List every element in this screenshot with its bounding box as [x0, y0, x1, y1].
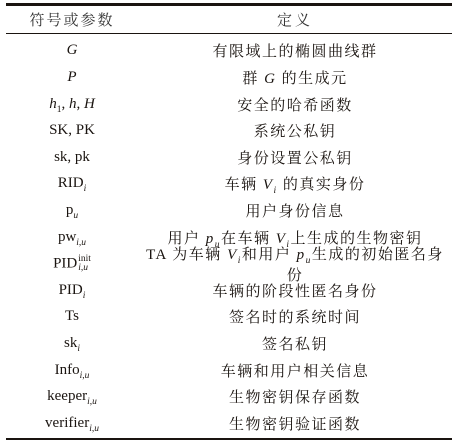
bottom-rule	[6, 438, 452, 441]
table-row: Infoi,u车辆和用户相关信息	[6, 357, 452, 384]
symbol-cell: PIDi	[6, 282, 138, 299]
definition-cell: 安全的哈希函数	[138, 94, 452, 115]
table-row: keeperi,u生物密钥保存函数	[6, 383, 452, 410]
table-row: RIDi车辆 Vi 的真实身份	[6, 171, 452, 198]
symbol-definition-table: 符号或参数 定义 G有限域上的椭圆曲线群P群 G 的生成元h1, h, H安全的…	[6, 3, 452, 440]
table-header-row: 符号或参数 定义	[6, 6, 452, 33]
table-row: P群 G 的生成元	[6, 64, 452, 91]
symbol-cell: PIDiniti,u	[6, 255, 138, 273]
symbol-cell: Infoi,u	[6, 362, 138, 379]
definition-cell: 有限域上的椭圆曲线群	[138, 40, 452, 61]
definition-cell: 生物密钥保存函数	[138, 386, 452, 407]
definition-cell: 签名时的系统时间	[138, 306, 452, 327]
table-body: G有限域上的椭圆曲线群P群 G 的生成元h1, h, H安全的哈希函数SK, P…	[6, 34, 452, 438]
table-row: PIDiniti,uTA 为车辆 Vi和用户 pu生成的初始匿名身份	[6, 250, 452, 277]
header-definition: 定义	[138, 9, 452, 30]
symbol-cell: pu	[6, 202, 138, 219]
table-row: SK, PK系统公私钥	[6, 117, 452, 144]
definition-cell: 车辆和用户相关信息	[138, 360, 452, 381]
symbol-cell: h1, h, H	[6, 96, 138, 113]
symbol-cell: ski	[6, 335, 138, 352]
definition-cell: 签名私钥	[138, 333, 452, 354]
symbol-cell: verifieri,u	[6, 415, 138, 432]
symbol-cell: pwi,u	[6, 229, 138, 246]
table-row: h1, h, H安全的哈希函数	[6, 91, 452, 118]
symbol-cell: SK, PK	[6, 122, 138, 139]
table-row: sk, pk身份设置公私钥	[6, 144, 452, 171]
symbol-cell: P	[6, 69, 138, 86]
symbol-cell: G	[6, 42, 138, 59]
definition-cell: 身份设置公私钥	[138, 147, 452, 168]
definition-cell: 生物密钥验证函数	[138, 413, 452, 434]
table-row: Ts签名时的系统时间	[6, 304, 452, 331]
definition-cell: 系统公私钥	[138, 120, 452, 141]
definition-cell: TA 为车辆 Vi和用户 pu生成的初始匿名身份	[138, 243, 452, 285]
symbol-cell: keeperi,u	[6, 388, 138, 405]
table-row: PIDi车辆的阶段性匿名身份	[6, 277, 452, 304]
table-row: pu用户身份信息	[6, 197, 452, 224]
header-symbol: 符号或参数	[6, 9, 138, 30]
table-row: ski签名私钥	[6, 330, 452, 357]
definition-cell: 用户身份信息	[138, 200, 452, 221]
definition-cell: 群 G 的生成元	[138, 67, 452, 88]
definition-cell: 车辆 Vi 的真实身份	[138, 173, 452, 194]
symbol-cell: RIDi	[6, 175, 138, 192]
table-row: G有限域上的椭圆曲线群	[6, 38, 452, 65]
table-row: verifieri,u生物密钥验证函数	[6, 410, 452, 437]
definition-cell: 车辆的阶段性匿名身份	[138, 280, 452, 301]
symbol-cell: Ts	[6, 308, 138, 325]
symbol-cell: sk, pk	[6, 149, 138, 166]
